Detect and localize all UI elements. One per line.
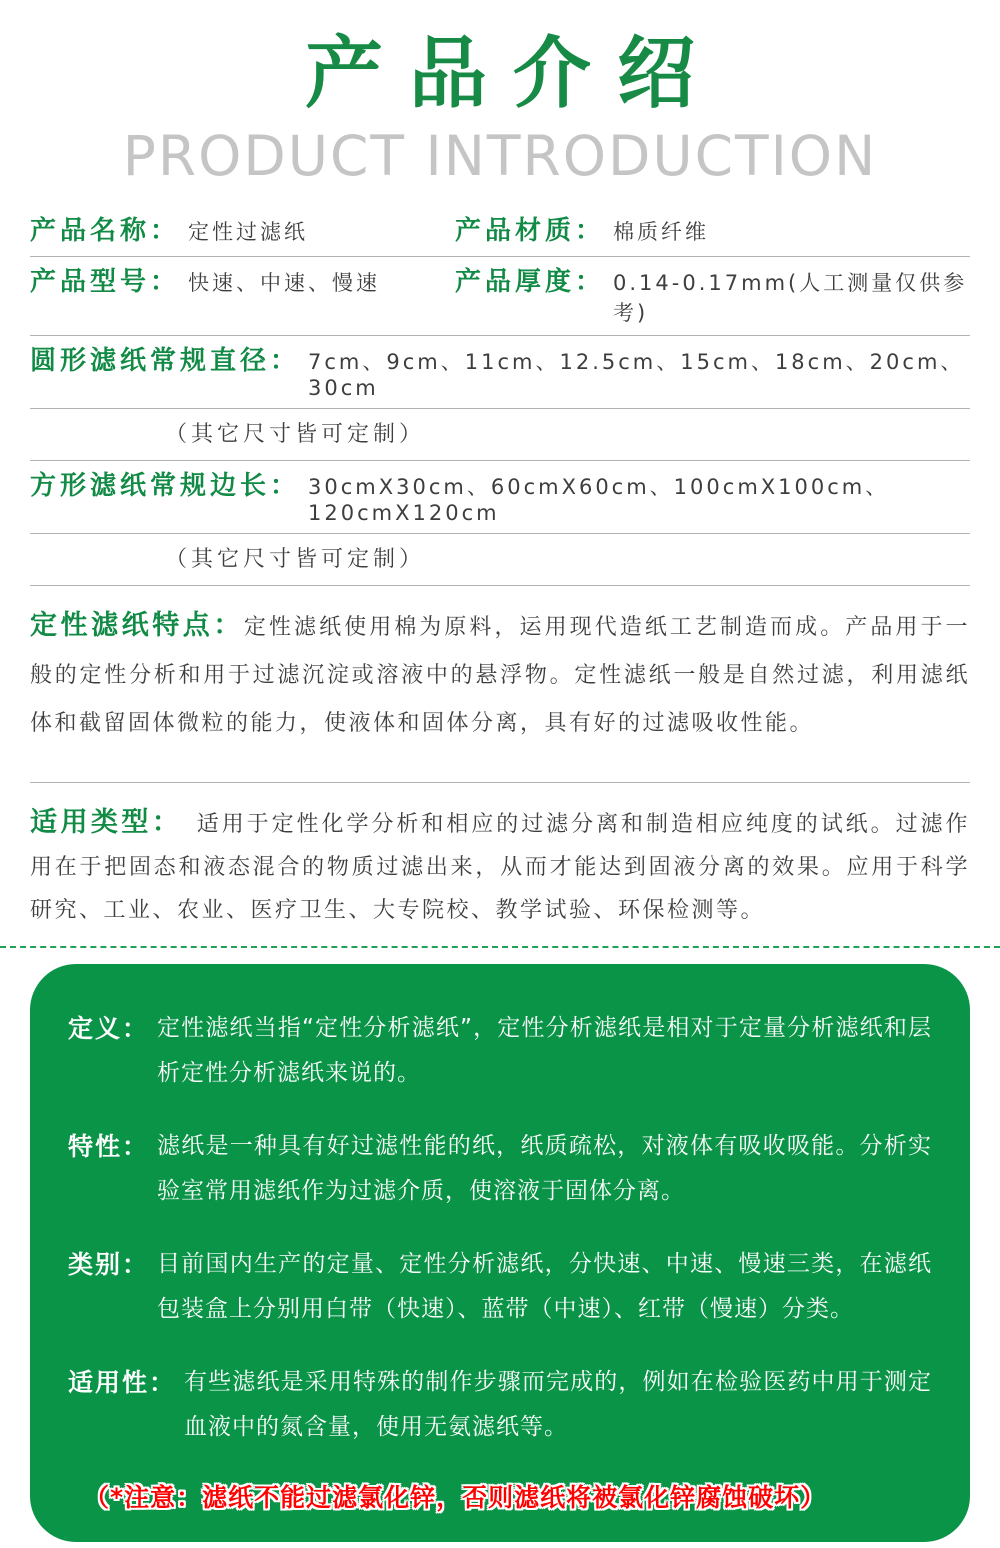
panel-text-applicability: 有些滤纸是采用特殊的制作步骤而完成的，例如在检验医药中用于测定血液中的氮含量，使… bbox=[184, 1360, 932, 1450]
spec-value-round-diameter: 7cm、9cm、11cm、12.5cm、15cm、18cm、20cm、30cm bbox=[308, 346, 970, 400]
spec-label-product-material: 产品材质： bbox=[455, 214, 605, 248]
panel-item-characteristics: 特性： 滤纸是一种具有好过滤性能的纸，纸质疏松，对液体有吸收吸能。分析实验室常用… bbox=[68, 1124, 932, 1214]
spec-row-name-material: 产品名称： 定性过滤纸 产品材质： 棉质纤维 bbox=[30, 206, 970, 257]
panel-label-characteristics: 特性： bbox=[68, 1124, 149, 1214]
panel-item-definition: 定义： 定性滤纸当指“定性分析滤纸”，定性分析滤纸是相对于定量分析滤纸和层析定性… bbox=[68, 1006, 932, 1096]
usage-label: 适用类型： bbox=[30, 807, 182, 838]
spec-round-diameter: 圆形滤纸常规直径： 7cm、9cm、11cm、12.5cm、15cm、18cm、… bbox=[30, 344, 970, 400]
panel-label-definition: 定义： bbox=[68, 1006, 149, 1096]
page-subtitle: PRODUCT INTRODUCTION bbox=[0, 124, 1000, 188]
spec-product-material: 产品材质： 棉质纤维 bbox=[455, 214, 709, 248]
panel-text-definition: 定性滤纸当指“定性分析滤纸”，定性分析滤纸是相对于定量分析滤纸和层析定性分析滤纸… bbox=[157, 1006, 932, 1096]
spec-value-product-material: 棉质纤维 bbox=[613, 216, 709, 246]
spec-square-side: 方形滤纸常规边长： 30cmX30cm、60cmX60cm、100cmX100c… bbox=[30, 469, 970, 525]
panel-text-characteristics: 滤纸是一种具有好过滤性能的纸，纸质疏松，对液体有吸收吸能。分析实验室常用滤纸作为… bbox=[157, 1124, 932, 1214]
spec-value-product-model: 快速、中速、慢速 bbox=[188, 267, 380, 297]
custom-size-note-square: （其它尺寸皆可定制） bbox=[30, 534, 970, 586]
spec-row-square-side: 方形滤纸常规边长： 30cmX30cm、60cmX60cm、100cmX100c… bbox=[30, 461, 970, 534]
spec-label-round-diameter: 圆形滤纸常规直径： bbox=[30, 344, 300, 378]
spec-row-model-thickness: 产品型号： 快速、中速、慢速 产品厚度： 0.14-0.17mm(人工测量仅供参… bbox=[30, 257, 970, 336]
panel-item-category: 类别： 目前国内生产的定量、定性分析滤纸，分快速、中速、慢速三类，在滤纸包装盒上… bbox=[68, 1242, 932, 1332]
spec-value-square-side: 30cmX30cm、60cmX60cm、100cmX100cm、120cmX12… bbox=[308, 471, 970, 525]
usage-paragraph: 适用类型：适用于定性化学分析和相应的过滤分离和制造相应纯度的试纸。过滤作用在于把… bbox=[30, 783, 970, 946]
spec-row-round-diameter: 圆形滤纸常规直径： 7cm、9cm、11cm、12.5cm、15cm、18cm、… bbox=[30, 336, 970, 409]
spec-product-thickness: 产品厚度： 0.14-0.17mm(人工测量仅供参考) bbox=[455, 265, 970, 327]
spec-product-model: 产品型号： 快速、中速、慢速 bbox=[30, 265, 455, 299]
product-introduction-page: 产品介绍 PRODUCT INTRODUCTION 产品名称： 定性过滤纸 产品… bbox=[0, 0, 1000, 1548]
spec-value-product-thickness: 0.14-0.17mm(人工测量仅供参考) bbox=[613, 267, 970, 327]
spec-label-product-name: 产品名称： bbox=[30, 214, 180, 248]
panel-label-applicability: 适用性： bbox=[68, 1360, 176, 1450]
page-title: 产品介绍 bbox=[0, 28, 1000, 120]
spec-label-square-side: 方形滤纸常规边长： bbox=[30, 469, 300, 503]
spec-product-name: 产品名称： 定性过滤纸 bbox=[30, 214, 455, 248]
spec-value-product-name: 定性过滤纸 bbox=[188, 216, 308, 246]
definition-panel: 定义： 定性滤纸当指“定性分析滤纸”，定性分析滤纸是相对于定量分析滤纸和层析定性… bbox=[30, 964, 970, 1542]
spec-label-product-model: 产品型号： bbox=[30, 265, 180, 299]
panel-label-category: 类别： bbox=[68, 1242, 149, 1332]
feature-paragraph: 定性滤纸特点：定性滤纸使用棉为原料，运用现代造纸工艺制造而成。产品用于一般的定性… bbox=[30, 586, 970, 783]
dashed-divider bbox=[0, 946, 1000, 948]
custom-size-note-round: （其它尺寸皆可定制） bbox=[30, 409, 970, 461]
panel-text-category: 目前国内生产的定量、定性分析滤纸，分快速、中速、慢速三类，在滤纸包装盒上分别用白… bbox=[157, 1242, 932, 1332]
warning-note: （*注意：滤纸不能过滤氯化锌，否则滤纸将被氯化锌腐蚀破坏） bbox=[68, 1478, 932, 1518]
spec-label-product-thickness: 产品厚度： bbox=[455, 265, 605, 299]
panel-item-applicability: 适用性： 有些滤纸是采用特殊的制作步骤而完成的，例如在检验医药中用于测定血液中的… bbox=[68, 1360, 932, 1450]
header: 产品介绍 PRODUCT INTRODUCTION bbox=[0, 0, 1000, 188]
feature-label: 定性滤纸特点： bbox=[30, 610, 244, 641]
spec-table: 产品名称： 定性过滤纸 产品材质： 棉质纤维 产品型号： 快速、中速、慢速 产品… bbox=[0, 206, 1000, 946]
